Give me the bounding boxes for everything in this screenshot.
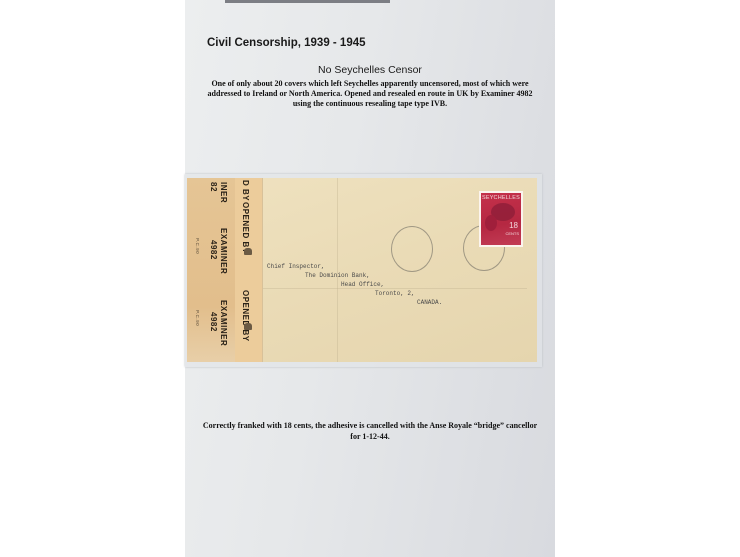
address-line: Toronto, 2,: [375, 289, 415, 298]
stamp-value: 18: [509, 221, 518, 230]
page-subtitle: No Seychelles Censor: [185, 64, 555, 76]
postage-stamp: SEYCHELLES 18 CENTS: [479, 191, 523, 247]
address-line: CANADA.: [417, 298, 442, 307]
tape-label: D BY: [241, 180, 250, 201]
page-title: Civil Censorship, 1939 - 1945: [207, 37, 366, 49]
tape-label: EXAMINER: [219, 228, 228, 274]
tape-label: 4982: [209, 312, 218, 332]
tape-label: INER: [219, 182, 228, 203]
tape-label: OPENED BY: [241, 290, 250, 342]
tape-small-print: P.C.90: [195, 310, 200, 326]
stamp-unit: CENTS: [505, 231, 519, 236]
tape-label: EXAMINER: [219, 300, 228, 346]
stamp-country: SEYCHELLES: [481, 195, 521, 201]
king-portrait-icon: [485, 215, 497, 231]
tape-small-print: P.C.90: [195, 238, 200, 254]
tape-label: 82: [209, 182, 218, 192]
crown-icon: [244, 323, 252, 330]
censor-tape-overlayer: D BY OPENED BY OPENED BY: [235, 178, 263, 362]
postmark-cancel: [391, 226, 433, 272]
tape-label: OPENED BY: [241, 202, 250, 254]
tape-label: 4982: [209, 240, 218, 260]
address-line: Chief Inspector,: [267, 262, 325, 271]
address-line: The Dominion Bank,: [305, 271, 370, 280]
crown-icon: [244, 248, 252, 255]
fold-crease: [337, 178, 338, 362]
address-line: Head Office,: [341, 280, 384, 289]
censor-tape-underlayer: INER 82 EXAMINER 4982 P.C.90 EXAMINER 49…: [187, 178, 235, 362]
page-description: One of only about 20 covers which left S…: [205, 79, 535, 109]
page-edge-shadow: [225, 0, 390, 3]
album-page: Civil Censorship, 1939 - 1945 No Seychel…: [185, 0, 555, 557]
page-caption: Correctly franked with 18 cents, the adh…: [200, 420, 540, 442]
